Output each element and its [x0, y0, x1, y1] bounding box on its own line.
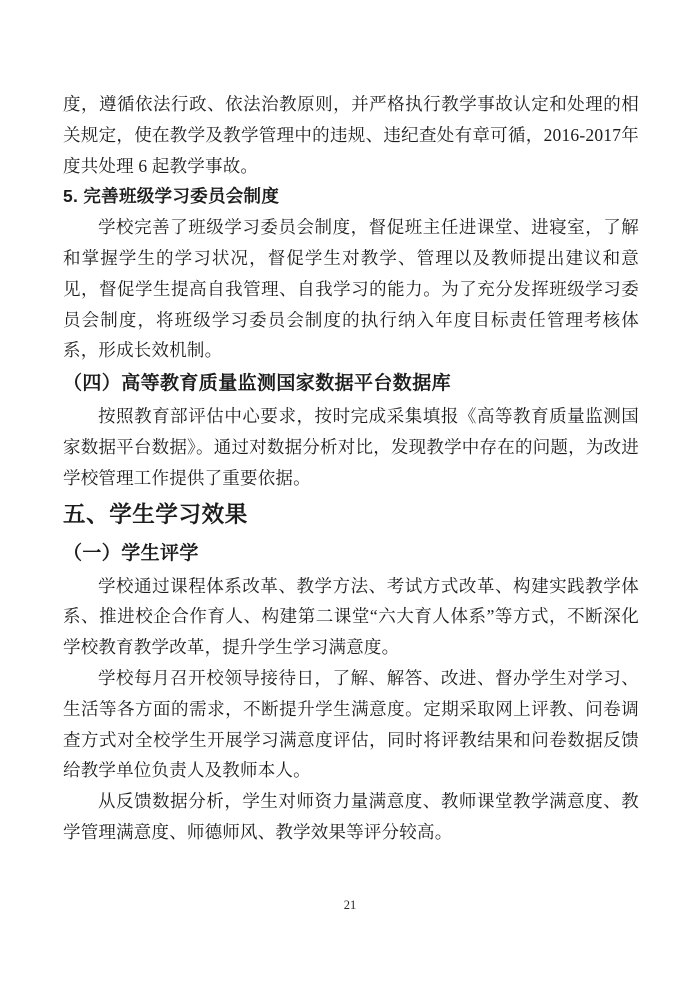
paragraph-national-data-platform: 按照教育部评估中心要求，按时完成采集填报《高等教育质量监测国家数据平台数据》。通…: [63, 401, 639, 493]
page-number: 21: [0, 898, 700, 913]
document-content: 度，遵循依法行政、依法治教原则，并严格执行教学事故认定和处理的相关规定，使在教学…: [63, 89, 639, 848]
document-page: 度，遵循依法行政、依法治教原则，并严格执行教学事故认定和处理的相关规定，使在教学…: [0, 0, 700, 991]
paragraph-class-study-committee: 学校完善了班级学习委员会制度，督促班主任进课堂、进寝室，了解和掌握学生的学习状况…: [63, 212, 639, 366]
paragraph-evaluation-satisfaction: 学校每月召开校领导接待日，了解、解答、改进、督办学生对学习、生活等各方面的需求，…: [63, 663, 639, 786]
paragraph-evaluation-reform: 学校通过课程体系改革、教学方法、考试方式改革、构建实践教学体系、推进校企合作育人…: [63, 571, 639, 663]
paragraph-evaluation-feedback: 从反馈数据分析，学生对师资力量满意度、教师课堂教学满意度、教学管理满意度、师德师…: [63, 786, 639, 848]
heading-class-study-committee: 5. 完善班级学习委员会制度: [63, 181, 639, 212]
heading-student-learning-outcomes: 五、学生学习效果: [63, 494, 639, 536]
heading-national-data-platform: （四）高等教育质量监测国家数据平台数据库: [63, 366, 639, 401]
heading-student-evaluation: （一）学生评学: [63, 536, 639, 571]
paragraph-teaching-accidents: 度，遵循依法行政、依法治教原则，并严格执行教学事故认定和处理的相关规定，使在教学…: [63, 89, 639, 181]
